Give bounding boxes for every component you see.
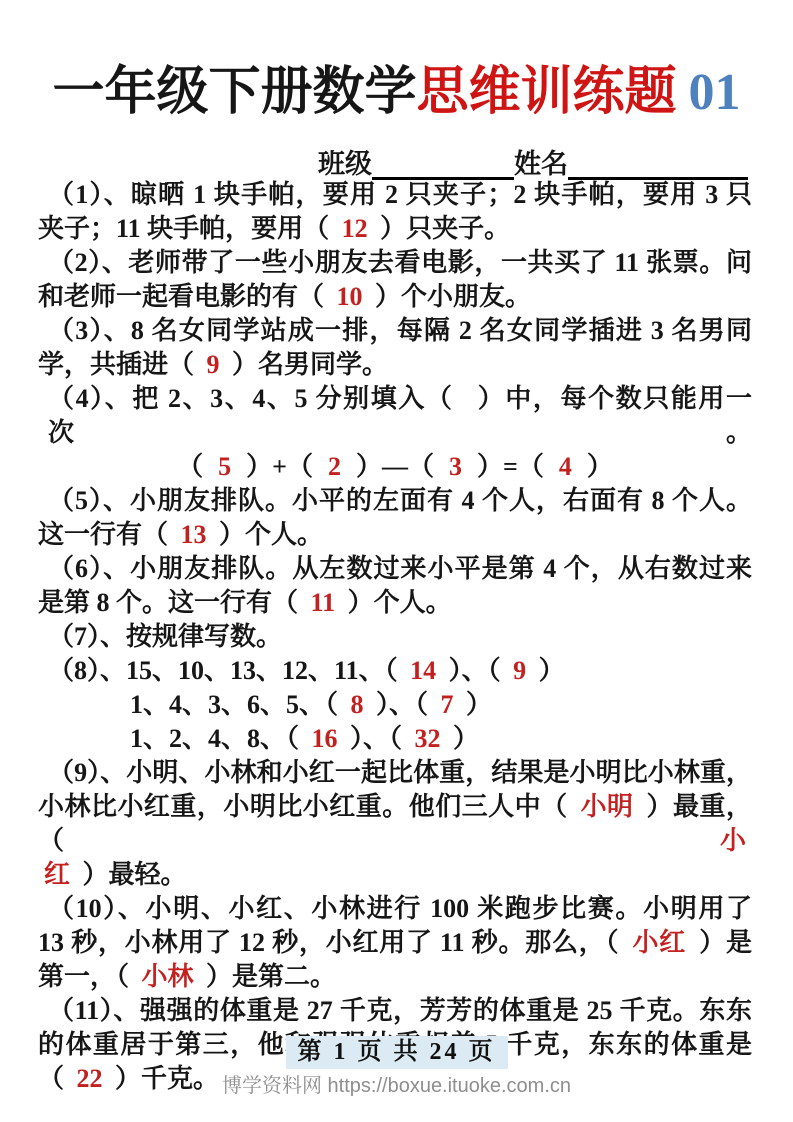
- q9-line2: 小林比小红重，小明比小红重。他们三人中（ 小明 ）最重，（ 小: [38, 790, 752, 858]
- answer-text: 12: [336, 214, 374, 243]
- line-text: ）是: [692, 928, 752, 957]
- line-text: （9）、小明、小林和小红一起比体重，结果是小明比小林重，: [48, 758, 752, 787]
- answer-text: 小林: [136, 962, 200, 991]
- q5-line1: （5）、小朋友排队。小平的左面有 4 个人，右面有 8 个人。: [38, 484, 752, 518]
- answer-text: 9: [201, 350, 226, 379]
- line-text: ）个人。: [341, 588, 452, 617]
- line-text: （: [177, 452, 203, 481]
- answer-text: 16: [306, 724, 344, 753]
- line-text: ）、（: [344, 724, 409, 753]
- worksheet-page: 一年级下册数学思维训练题01 班级 姓名 （1）、晾晒 1 块手帕，要用 2 只…: [0, 0, 793, 1122]
- q2-line2: 和老师一起看电影的有（ 10 ）个小朋友。: [38, 280, 752, 314]
- line-text: （2）、老师带了一些小朋友去看电影，一共买了 11 张票。问: [48, 248, 752, 277]
- q10-line1: （10）、小明、小红、小林进行 100 米跑步比赛。小明用了: [38, 892, 752, 926]
- line-text: ）: [447, 724, 480, 753]
- answer-text: 小明: [575, 792, 640, 821]
- answer-text: 11: [305, 588, 342, 617]
- line-text: （11）、强强的体重是 27 千克，芳芳的体重是 25 千克。东东: [48, 996, 752, 1025]
- answer-text: 2: [313, 452, 356, 481]
- q7-line1: （7）、按规律写数。: [38, 620, 752, 654]
- line-text: 这一行有（: [38, 520, 175, 549]
- q10-line3: 第一，（ 小林 ）是第二。: [38, 960, 752, 994]
- line-text: ）: [587, 452, 613, 481]
- line-text: （6）、小朋友排队。从左数过来小平是第 4 个，从右数过来: [48, 554, 752, 583]
- q5-line2: 这一行有（ 13 ）个人。: [38, 518, 752, 552]
- q8-line2: 1、4、3、6、5、（ 8 ）、（ 7 ）: [38, 688, 752, 722]
- title-grade-part: 一年级下册数学: [52, 64, 416, 121]
- q8-line1: （8）、15、10、13、12、11、（ 14 ）、（ 9 ）: [38, 654, 752, 688]
- line-text: ）最轻。: [76, 860, 187, 889]
- questions-body: （1）、晾晒 1 块手帕，要用 2 只夹子；2 块手帕，要用 3 只 夹子；11…: [38, 178, 752, 1096]
- q8-line3: 1、2、4、8、（ 16 ）、（ 32 ）: [38, 722, 752, 756]
- line-text: （7）、按规律写数。: [48, 622, 282, 651]
- name-blank-line: [568, 148, 748, 180]
- q6-line2: 是第 8 个。这一行有（ 11 ）个人。: [38, 586, 752, 620]
- line-text: ）=（: [477, 452, 544, 481]
- answer-text: 4: [544, 452, 587, 481]
- line-text: 第一，（: [38, 962, 136, 991]
- title-subject-part: 思维训练题: [417, 64, 677, 121]
- q3-line2: 学，共插进（ 9 ）名男同学。: [38, 348, 752, 382]
- answer-text: 小红: [626, 928, 692, 957]
- q4-equation: （5）+（2）—（3）=（4）: [38, 450, 752, 484]
- line-text: ）只夹子。: [374, 214, 511, 243]
- line-text: 是第 8 个。这一行有（: [38, 588, 305, 617]
- q1-line1: （1）、晾晒 1 块手帕，要用 2 只夹子；2 块手帕，要用 3 只: [38, 178, 752, 212]
- class-name-row: 班级 姓名: [318, 142, 748, 180]
- page-number-row: 第 1 页 共 24 页: [0, 1036, 793, 1069]
- line-text: 1、2、4、8、（: [130, 724, 306, 753]
- line-text: 夹子；11 块手帕，要用（: [38, 214, 336, 243]
- answer-text: 9: [507, 656, 532, 685]
- title-number: 01: [689, 64, 741, 121]
- class-label: 班级: [318, 148, 372, 180]
- q1-line2: 夹子；11 块手帕，要用（ 12 ）只夹子。: [38, 212, 752, 246]
- line-text: 学，共插进（: [38, 350, 201, 379]
- q2-line1: （2）、老师带了一些小朋友去看电影，一共买了 11 张票。问: [38, 246, 752, 280]
- answer-text: 3: [434, 452, 477, 481]
- line-text: ）、（: [442, 656, 507, 685]
- q11-line1: （11）、强强的体重是 27 千克，芳芳的体重是 25 千克。东东: [38, 994, 752, 1028]
- answer-text: 32: [409, 724, 447, 753]
- line-text: （8）、15、10、13、12、11、（: [48, 656, 404, 685]
- answer-text: 5: [203, 452, 246, 481]
- q3-line1: （3）、8 名女同学站成一排，每隔 2 名女同学插进 3 名男同: [38, 314, 752, 348]
- answer-text: 小: [714, 826, 752, 855]
- line-text: 小林比小红重，小明比小红重。他们三人中（: [38, 792, 575, 821]
- q9-line1: （9）、小明、小林和小红一起比体重，结果是小明比小林重，: [38, 756, 752, 790]
- line-text: ）: [460, 690, 493, 719]
- answer-text: 13: [175, 520, 213, 549]
- page-title: 一年级下册数学思维训练题01: [0, 62, 793, 124]
- line-text: ）—（: [356, 452, 434, 481]
- q6-line1: （6）、小朋友排队。从左数过来小平是第 4 个，从右数过来: [38, 552, 752, 586]
- line-text: （10）、小明、小红、小林进行 100 米跑步比赛。小明用了: [48, 894, 752, 923]
- line-text: 和老师一起看电影的有（: [38, 282, 331, 311]
- line-text: （1）、晾晒 1 块手帕，要用 2 只夹子；2 块手帕，要用 3 只: [48, 180, 752, 209]
- page-number-badge: 第 1 页 共 24 页: [286, 1036, 508, 1069]
- line-text: 1、4、3、6、5、（: [130, 690, 345, 719]
- line-text: ）个人。: [213, 520, 324, 549]
- line-text: （5）、小朋友排队。小平的左面有 4 个人，右面有 8 个人。: [48, 486, 752, 515]
- source-site-text: 博学资料网 https://boxue.ituoke.com.cn: [0, 1073, 793, 1099]
- line-text: （4）、把 2、3、4、5 分别填入（ ）中，每个数只能用一次。: [48, 384, 752, 447]
- class-blank-line: [372, 148, 514, 180]
- line-text: ）+（: [246, 452, 313, 481]
- answer-text: 14: [404, 656, 442, 685]
- line-text: ）名男同学。: [226, 350, 389, 379]
- line-text: （3）、8 名女同学站成一排，每隔 2 名女同学插进 3 名男同: [48, 316, 752, 345]
- answer-text: 红: [38, 860, 76, 889]
- q4-line1: （4）、把 2、3、4、5 分别填入（ ）中，每个数只能用一次。: [38, 382, 752, 450]
- line-text: ）、（: [370, 690, 435, 719]
- answer-text: 10: [331, 282, 369, 311]
- line-text: ）个小朋友。: [369, 282, 532, 311]
- q10-line2: 13 秒，小林用了 12 秒，小红用了 11 秒。那么，（ 小红 ）是: [38, 926, 752, 960]
- answer-text: 7: [435, 690, 460, 719]
- line-text: 13 秒，小林用了 12 秒，小红用了 11 秒。那么，（: [38, 928, 626, 957]
- answer-text: 8: [345, 690, 370, 719]
- line-text: ）是第二。: [200, 962, 337, 991]
- line-text: ）: [532, 656, 565, 685]
- name-label: 姓名: [514, 148, 568, 180]
- q9-line3: 红 ）最轻。: [38, 858, 752, 892]
